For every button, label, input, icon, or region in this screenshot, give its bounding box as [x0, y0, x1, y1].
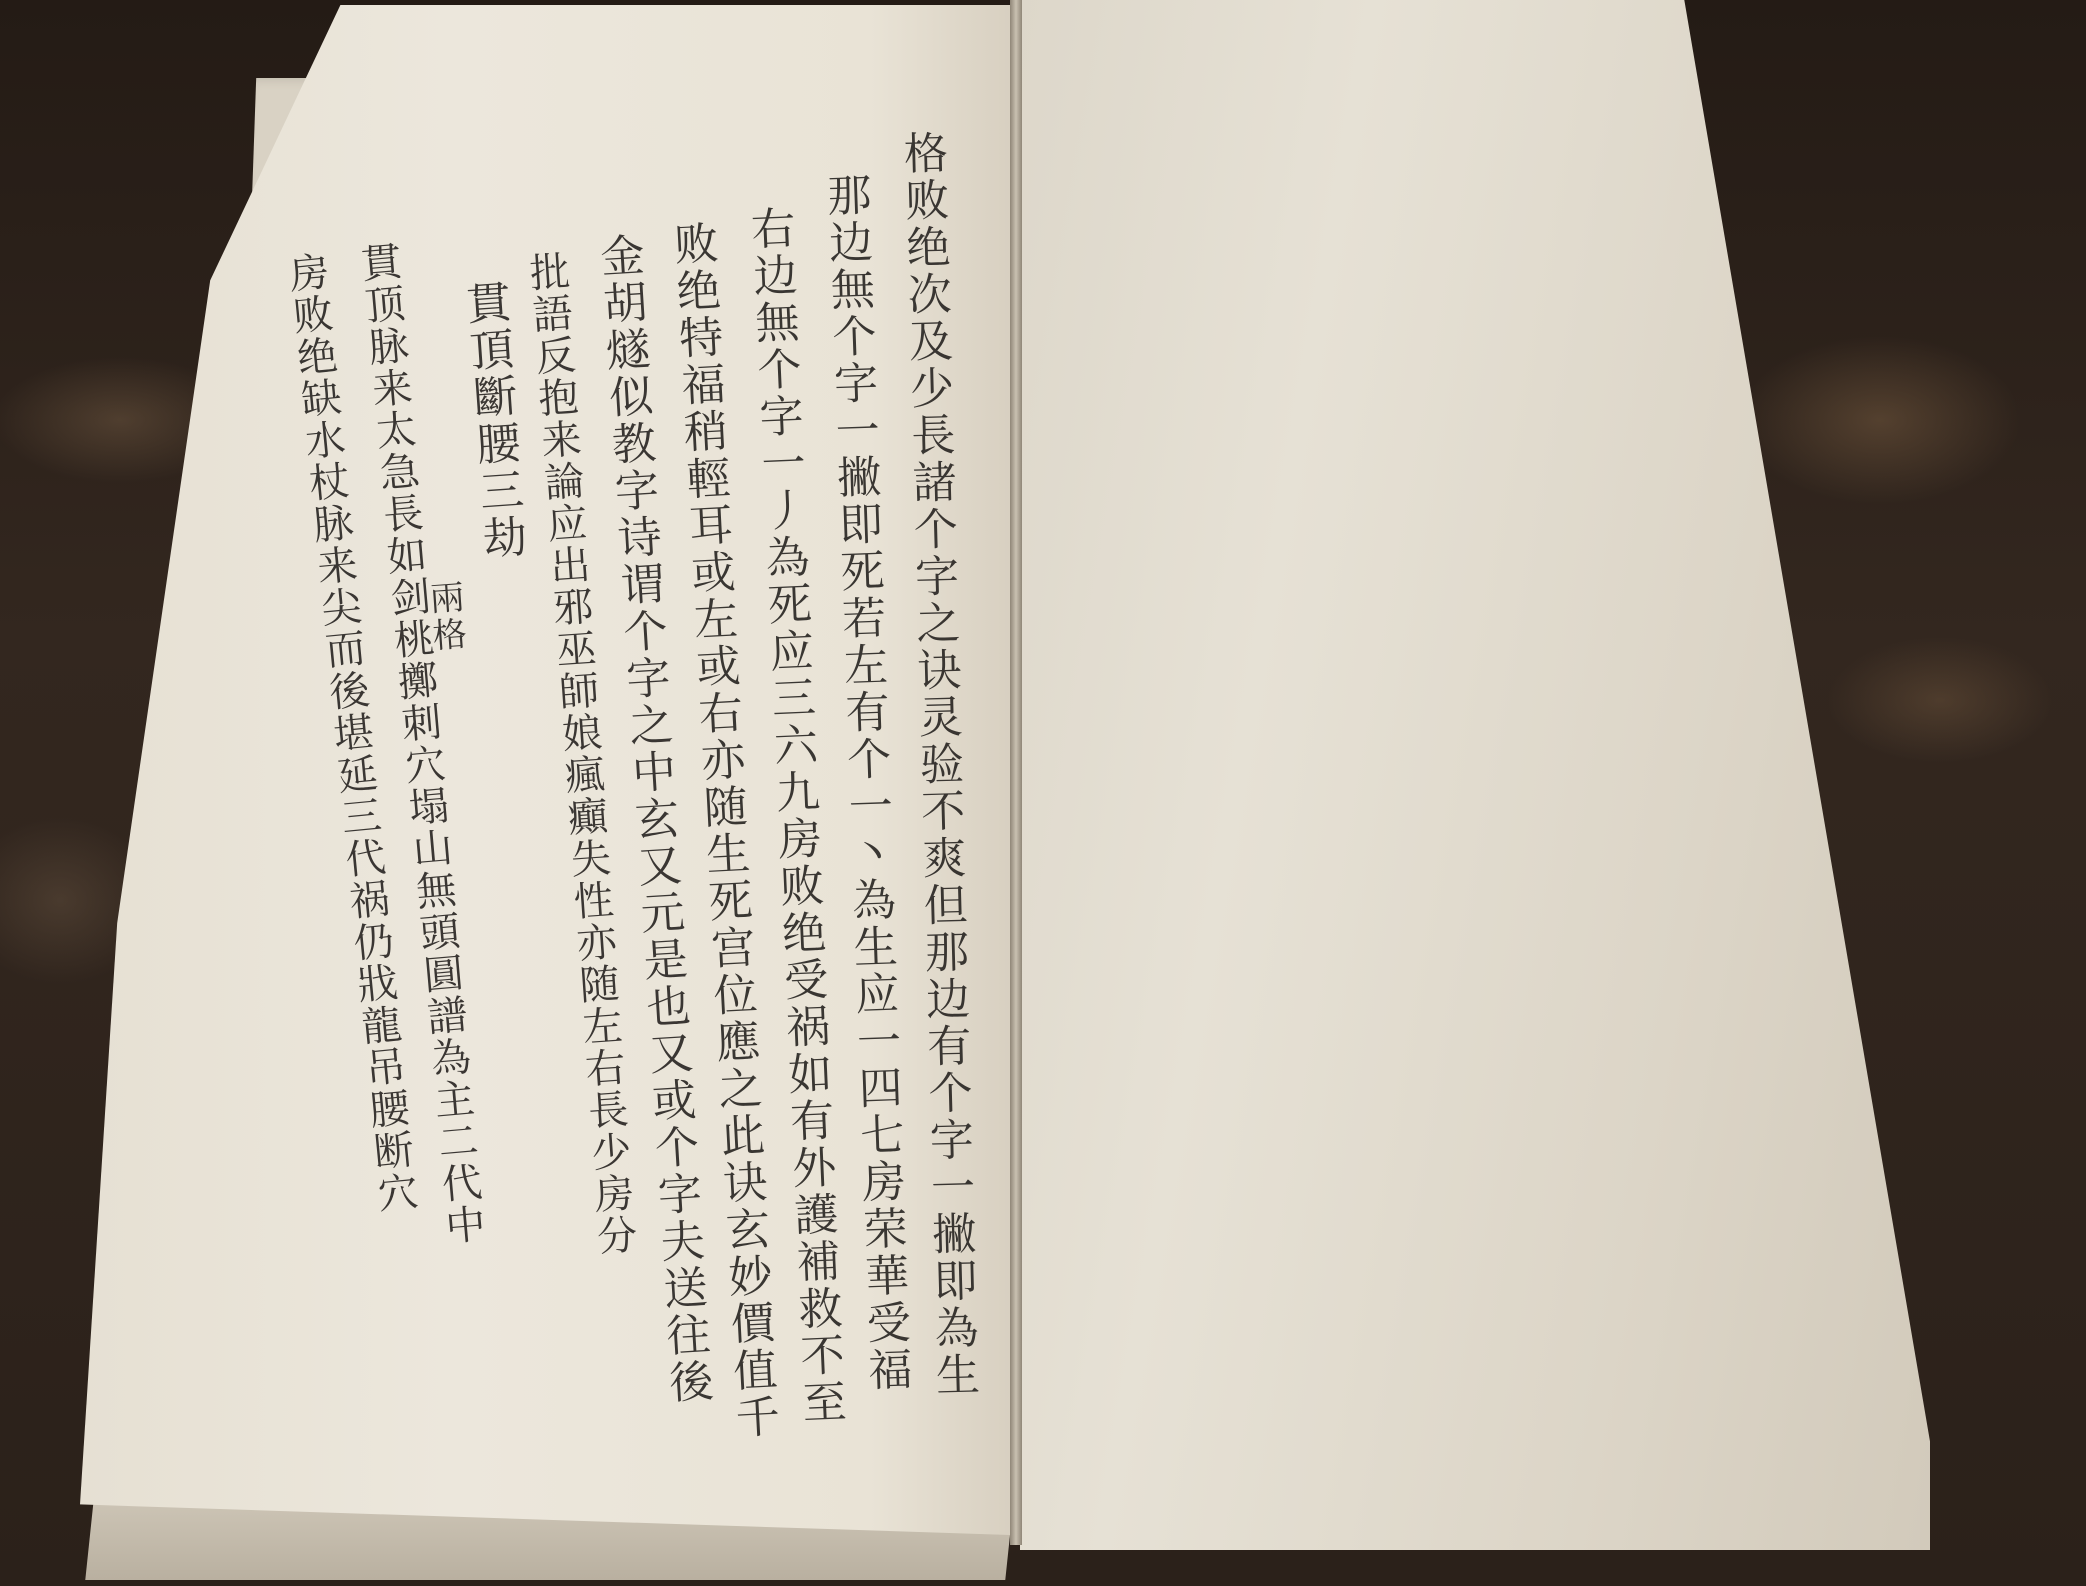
- book-spine: [1010, 0, 1022, 1545]
